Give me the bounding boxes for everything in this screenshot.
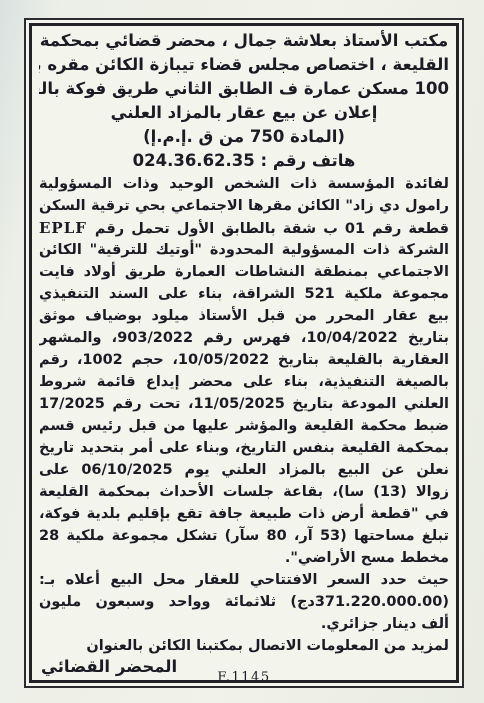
bailiff-signature: المحضر القضائي — [41, 657, 177, 677]
body-line: الشركة ذات المسؤولية المحدودة "أوتيك للت… — [39, 239, 449, 261]
notice-inner-frame: مكتب الأستاذ بعلاشة جمال ، محضر قضائي بم… — [29, 23, 459, 683]
body-line-with-latin: قطعة رقم 01 ب شقة بالطابق الأول تحمل رقم… — [39, 217, 449, 239]
body-line: الاجتماعي بمنطقة النشاطات العمارة طريق أ… — [39, 261, 449, 283]
opening-price-end-line: ألف دينار جزائري. — [39, 613, 449, 635]
body-line: مجموعة ملكية 521 الشراقة، بناء على السند… — [39, 283, 449, 305]
office-address-line: 100 مسكن عمارة ف الطابق الثاني طريق فوكة… — [39, 77, 449, 101]
body-line: بيع عقار المحرر من قبل الأستاذ ميلود بوض… — [39, 305, 449, 327]
body-line: ضبط محكمة القليعة والمؤشر عليها من قبل ر… — [39, 415, 449, 437]
reference-number: F.1145 — [217, 670, 270, 683]
office-address-line: القليعة ، اختصاص مجلس قضاء تيبازة الكائن… — [39, 53, 449, 77]
notice-footer: المحضر القضائي F.1145 — [39, 657, 449, 683]
body-line: بمحكمة القليعة بنفس التاريخ، وبناء على أ… — [39, 437, 449, 459]
body-line: لفائدة المؤسسة ذات الشخص الوحيد وذات الم… — [39, 173, 449, 195]
body-line: رامول دي زاد" الكائن مقرها الاجتماعي بحي… — [39, 195, 449, 217]
notice-frame: مكتب الأستاذ بعلاشة جمال ، محضر قضائي بم… — [24, 18, 464, 688]
body-line: العقارية بالقليعة بتاريخ 10/05/2022، حجم… — [39, 349, 449, 371]
body-line: العلني المودعة بتاريخ 11/05/2025، تحت رق… — [39, 393, 449, 415]
body-line: زوالا (13) سا)، بقاعة جلسات الأحداث بمحك… — [39, 481, 449, 503]
body-line: مخطط مسح الأراضي". — [39, 547, 449, 569]
body-line: في "قطعة أرض ذات طبيعة جافة تقع بإقليم ب… — [39, 503, 449, 525]
contact-info-line: لمزيد من المعلومات الاتصال بمكتبنا الكائ… — [39, 635, 449, 657]
body-line: بتاريخ 10/04/2022، فهرس رقم 903/2022، وا… — [39, 327, 449, 349]
eplf-acronym: EPLF — [39, 217, 87, 239]
notice-body: لفائدة المؤسسة ذات الشخص الوحيد وذات الم… — [39, 173, 449, 657]
body-line: تبلغ مساحتها (53 آر، 80 سآر) تشكل مجموعة… — [39, 525, 449, 547]
notice-header: مكتب الأستاذ بعلاشة جمال ، محضر قضائي بم… — [39, 29, 449, 173]
phone-number-line: هاتف رقم : 024.36.62.35 — [39, 149, 449, 173]
body-line: نعلن عن البيع بالمزاد العلني يوم 06/10/2… — [39, 459, 449, 481]
body-line-arabic-part: قطعة رقم 01 ب شقة بالطابق الأول تحمل رقم… — [87, 218, 449, 239]
notice-title: إعلان عن بيع عقار بالمزاد العلني — [39, 101, 449, 125]
opening-price-amount-line: (371.220.000.00دج) ثلاثمائة وواحد وسبعون… — [39, 591, 449, 613]
office-address-line: مكتب الأستاذ بعلاشة جمال ، محضر قضائي بم… — [39, 29, 449, 53]
article-reference: (المادة 750 من ق .إ.م.إ) — [39, 125, 449, 149]
body-line: بالصيغة التنفيذية، بناء على محضر إيداع ق… — [39, 371, 449, 393]
opening-price-intro-line: حيث حدد السعر الافتتاحي للعقار محل البيع… — [39, 569, 449, 591]
